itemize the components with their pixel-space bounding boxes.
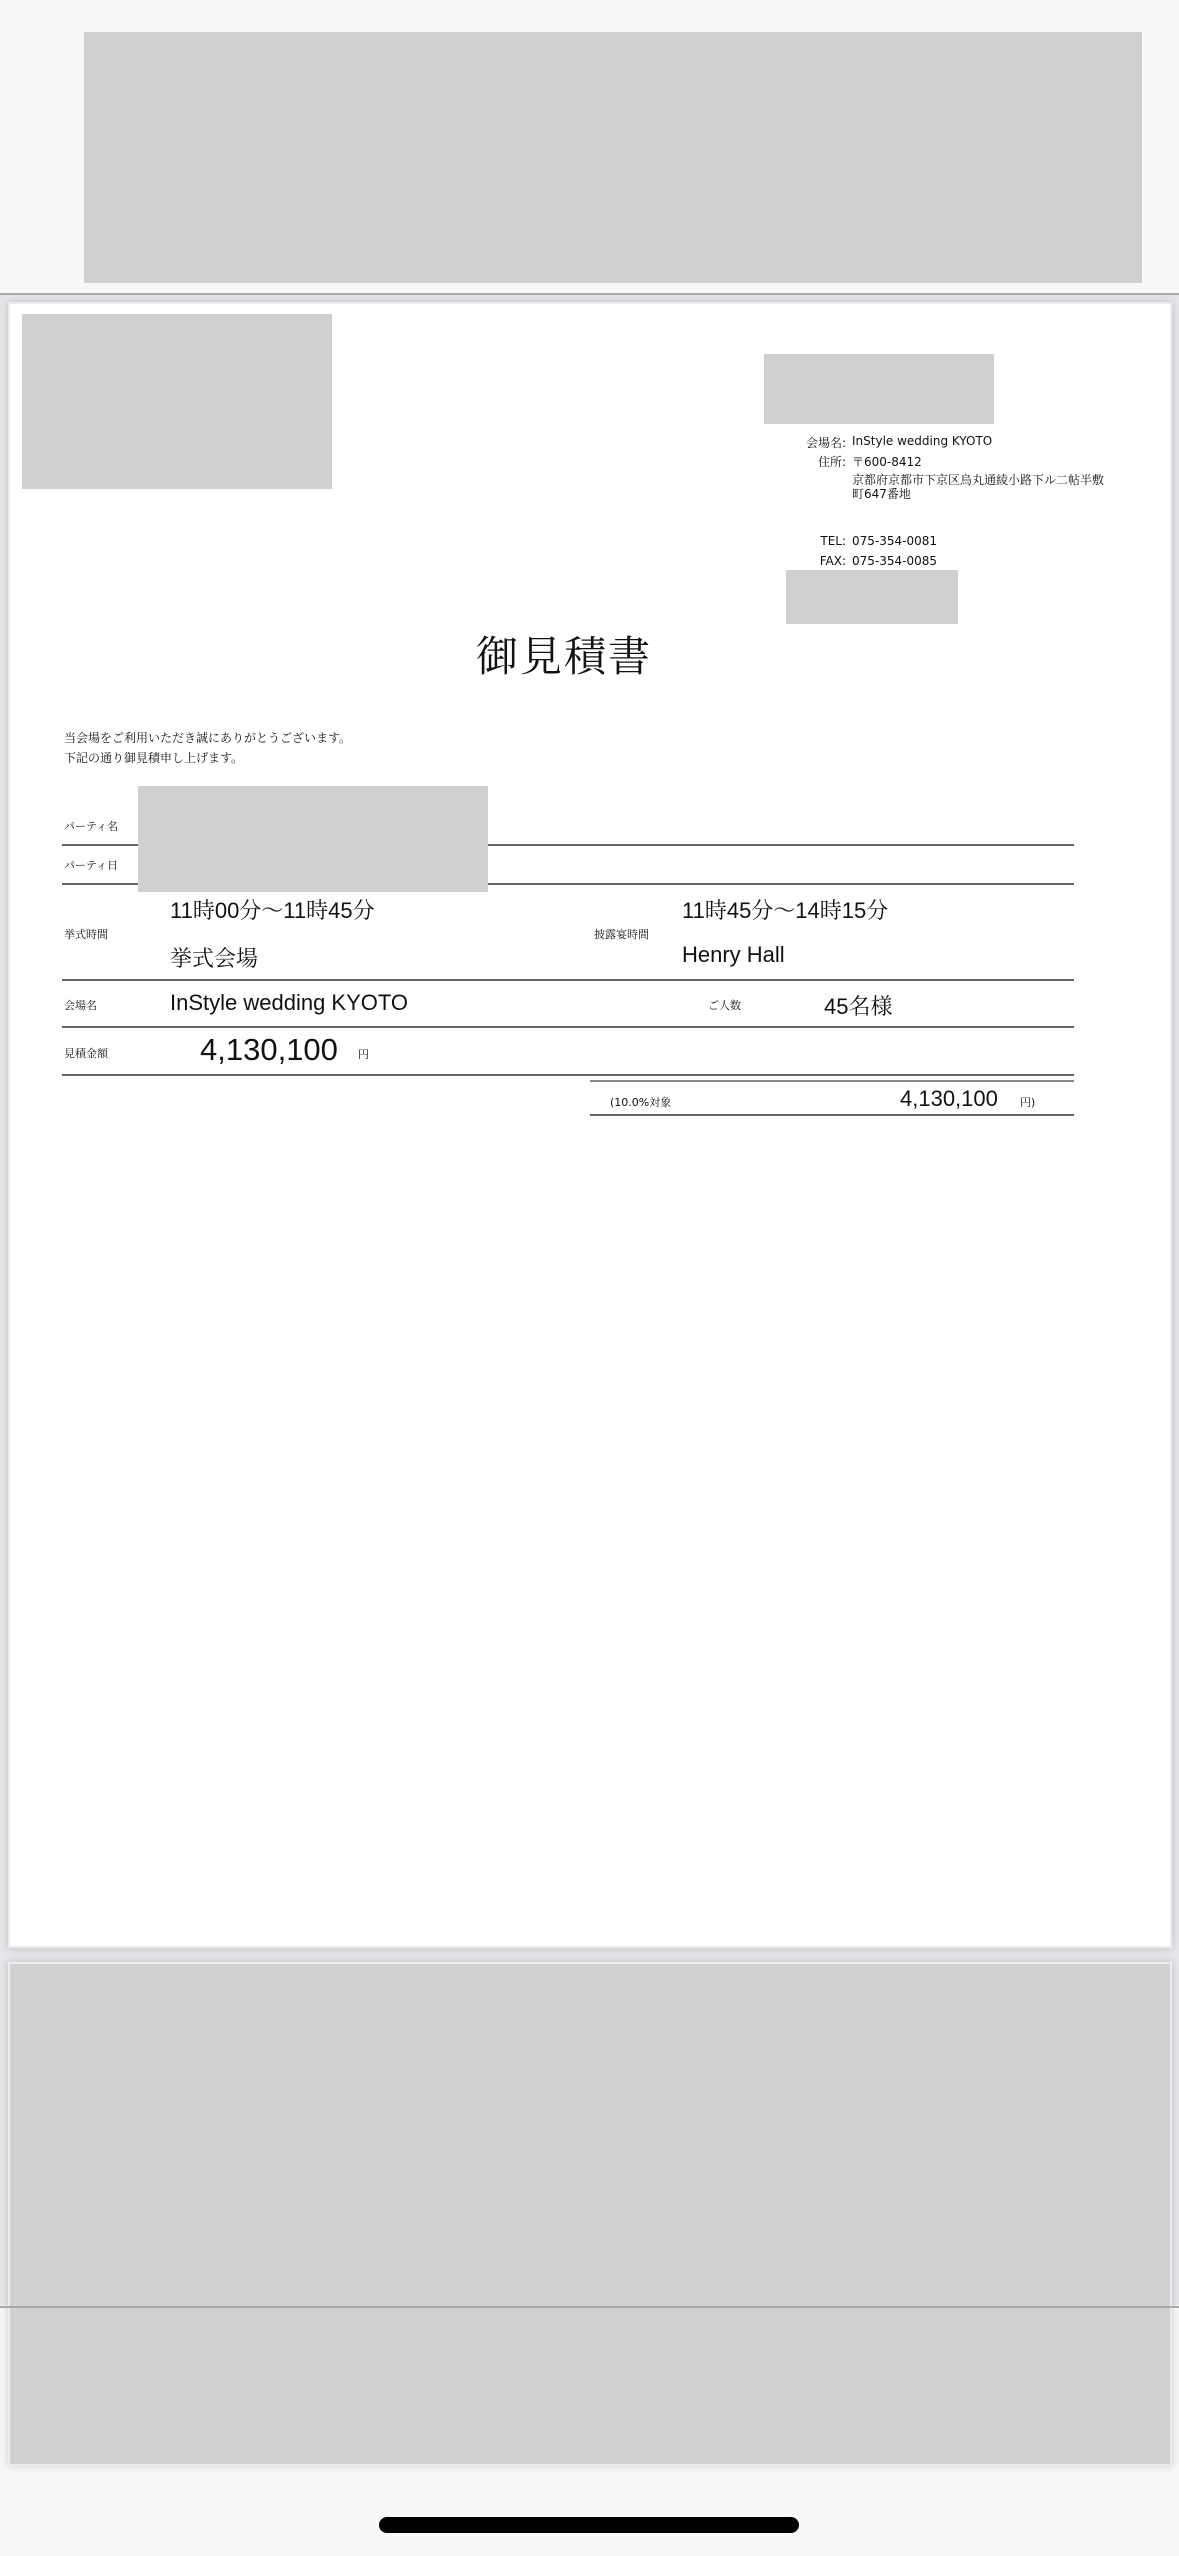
guests-value: 45名様 (824, 990, 892, 1021)
divider (0, 2306, 1179, 2308)
fax-label: FAX: (746, 554, 846, 568)
party-name-label: パーティ名 (64, 818, 118, 834)
tax-label: (10.0%対象 (610, 1094, 671, 1110)
greeting-line-2: 下記の通り御見積申し上げます。 (64, 748, 243, 768)
redacted-company-name (764, 354, 994, 424)
ceremony-time-label: 挙式時間 (64, 926, 108, 942)
tax-currency: 円) (1020, 1094, 1035, 1110)
venue-label: 会場名: (746, 434, 846, 451)
postal-code: 〒600-8412 (852, 453, 922, 470)
greeting-line-1: 当会場をご利用いただき誠にありがとうございます。 (64, 728, 351, 748)
redacted-stamp (786, 570, 958, 624)
tel-value[interactable]: 075-354-0081 (852, 534, 937, 548)
venue-value: InStyle wedding KYOTO (852, 434, 992, 448)
rule (62, 1026, 1074, 1028)
reception-place-value: Henry Hall (682, 942, 785, 968)
rule (62, 1074, 1074, 1076)
redacted-header (84, 32, 1142, 283)
venue-name-value: InStyle wedding KYOTO (170, 990, 408, 1016)
fax-value: 075-354-0085 (852, 554, 937, 568)
guests-label: ご人数 (708, 997, 741, 1013)
redacted-logo (22, 314, 332, 489)
document-title: 御見積書 (476, 624, 652, 684)
reception-time-value: 11時45分〜14時15分 (682, 894, 888, 925)
redacted-party-info (138, 786, 488, 892)
tel-label: TEL: (746, 534, 846, 548)
rule (590, 1080, 1074, 1082)
document-page-1[interactable]: 会場名: InStyle wedding KYOTO 住所: 〒600-8412… (8, 302, 1172, 1948)
document-page-2-redacted[interactable] (8, 1962, 1172, 2466)
tax-value: 4,130,100 (900, 1086, 998, 1112)
estimate-currency: 円 (358, 1046, 369, 1062)
rule (590, 1114, 1074, 1116)
party-date-label: パーティ日 (64, 857, 118, 873)
address-line-2: 町647番地 (852, 485, 911, 502)
rule (62, 979, 1074, 981)
estimate-label: 見積金額 (64, 1045, 108, 1061)
ceremony-time-value: 11時00分〜11時45分 (170, 894, 375, 925)
ceremony-place-value: 挙式会場 (170, 942, 258, 973)
address-label: 住所: (746, 453, 846, 470)
home-indicator[interactable] (379, 2517, 799, 2533)
estimate-value: 4,130,100 (200, 1032, 338, 1068)
venue-name-label: 会場名 (64, 997, 97, 1013)
reception-time-label: 披露宴時間 (594, 926, 649, 942)
